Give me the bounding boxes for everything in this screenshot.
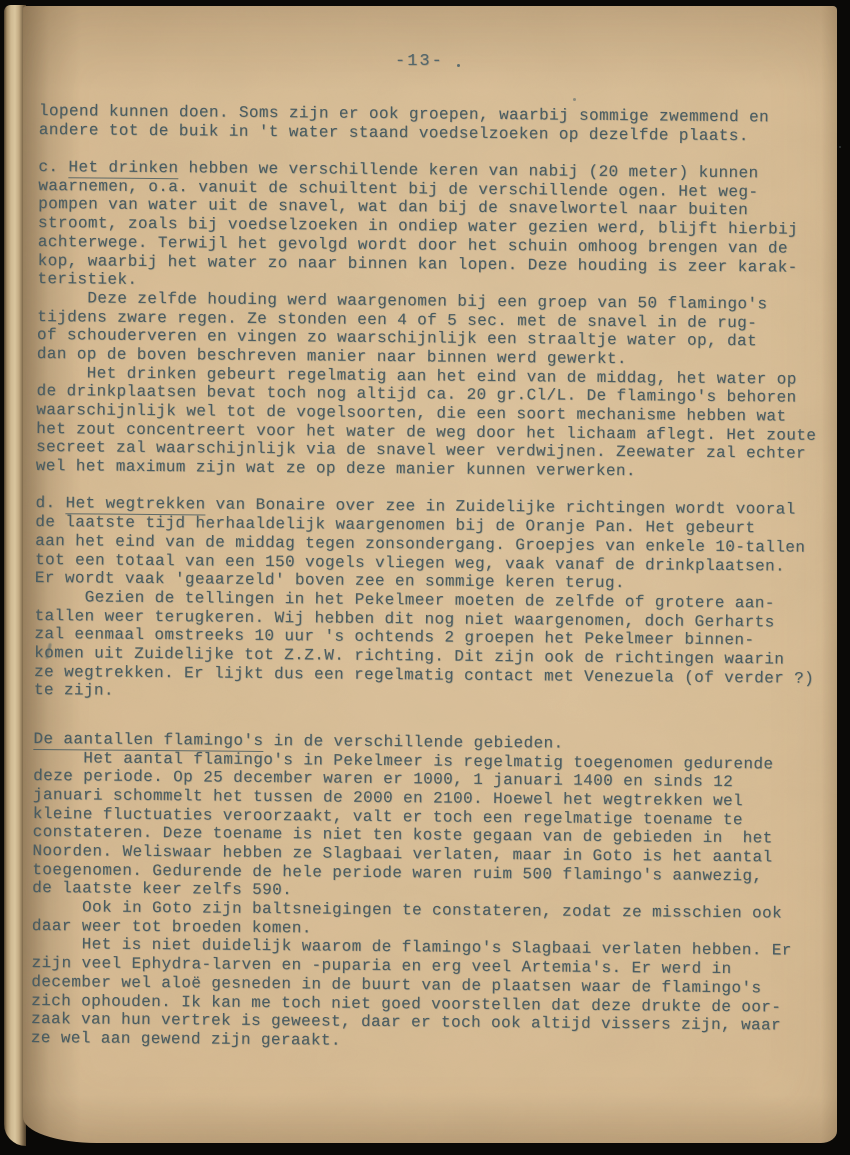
text-segment: c. xyxy=(38,158,68,176)
para-houding-regen: Deze zelfde houding werd waargenomen bij… xyxy=(37,289,834,371)
text-segment: in de verschillende gebieden. xyxy=(263,732,563,753)
para-drinken-middag: Het drinken gebeurt regelmatig aan het e… xyxy=(36,364,833,483)
document-page: -13- lopend kunnen doen. Soms zijn er oo… xyxy=(23,6,837,1143)
ink-speck xyxy=(457,64,460,67)
typewritten-text: lopend kunnen doen. Soms zijn er ook gro… xyxy=(31,102,835,1055)
scanned-document: -13- lopend kunnen doen. Soms zijn er oo… xyxy=(0,0,850,1155)
ink-speck xyxy=(573,98,576,101)
page-number: -13- xyxy=(395,52,444,71)
text-segment: d. xyxy=(35,494,65,512)
para-c-het-drinken: c. Het drinken hebben we verschillende k… xyxy=(37,158,834,296)
para-d-het-wegtrekken: d. Het wegtrekken van Bonaire over zee i… xyxy=(34,494,832,707)
para-intro: lopend kunnen doen. Soms zijn er ook gro… xyxy=(39,102,835,146)
ink-speck xyxy=(839,146,841,148)
underlined-heading: Het drinken xyxy=(68,158,178,179)
section-aantallen-flamingos: De aantallen flamingo's in de verschille… xyxy=(31,730,830,1055)
